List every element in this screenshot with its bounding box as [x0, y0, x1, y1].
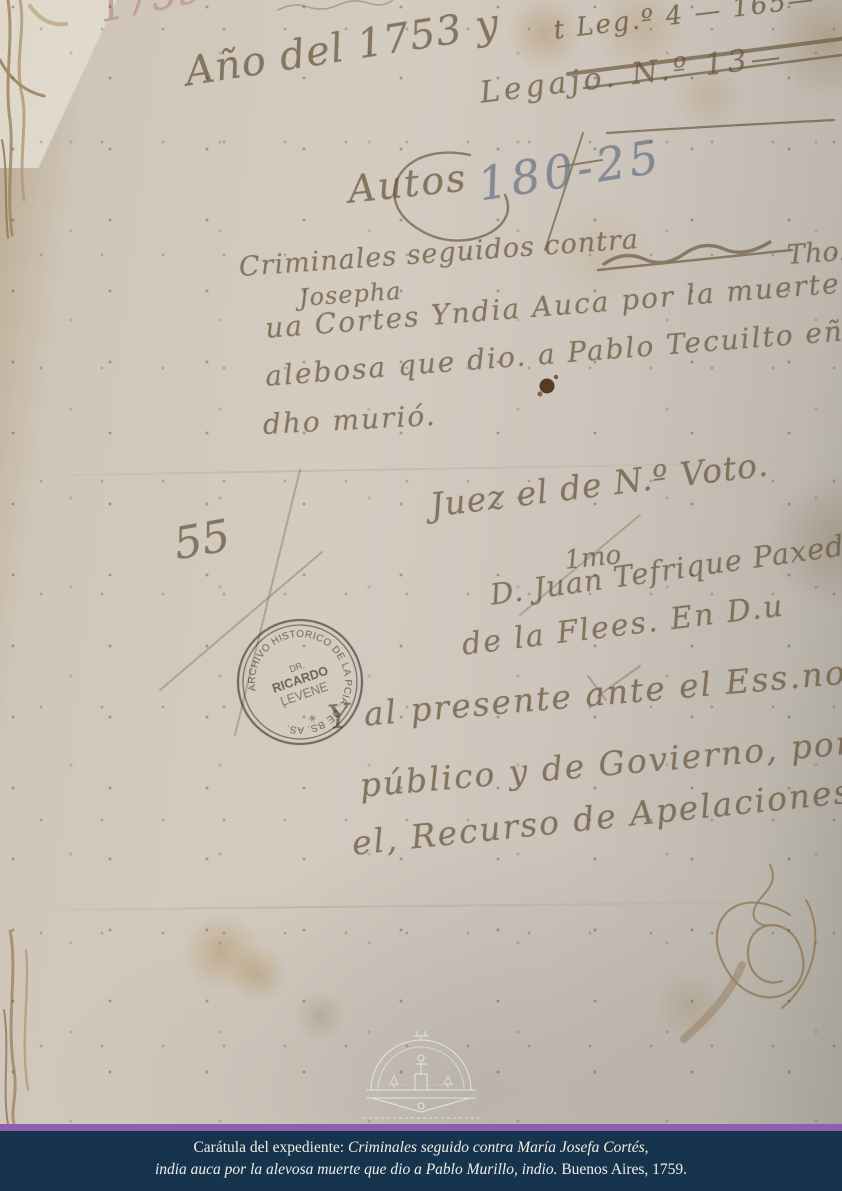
closing-text-line1: Y al presente ante el Ess.no: [326, 653, 842, 737]
file-number-pencil: 180-25: [474, 129, 666, 211]
caption-suffix: Buenos Aires, 1759.: [557, 1161, 687, 1178]
folio-number-55: 55: [170, 510, 234, 570]
photo-caption: Carátula del expediente: Criminales segu…: [0, 1137, 842, 1181]
folio-number-red: 1759: [93, 0, 208, 32]
judge-assignment-line: Juez el de N.º Voto.: [428, 444, 771, 524]
caption-bar: Carátula del expediente: Criminales segu…: [0, 1124, 842, 1191]
page-root: 1759 t Leg.º 4 — 165— Año del 1753 y Leg…: [0, 0, 842, 1191]
caption-italic-line2: india auca por la alevosa muerte que dio…: [155, 1161, 558, 1178]
case-title-line1-end: Tho.: [786, 236, 842, 271]
legajo-number: Legajo. N.º 13—: [478, 39, 786, 111]
manuscript-photo: 1759 t Leg.º 4 — 165— Año del 1753 y Leg…: [0, 0, 842, 1124]
paper-crease: [0, 901, 842, 912]
scribe-signature-line1: D. Juan Tefrique Paxedes: [488, 524, 842, 612]
case-title-line4: dho murió.: [262, 399, 437, 441]
rubric-flourish: [684, 865, 815, 1039]
ink-blot: [537, 375, 558, 397]
archive-stamp: ARCHIVO HISTORICO DE LA PCIA. DE BS. AS.…: [206, 588, 394, 776]
year-heading: Año del 1753 y: [182, 0, 503, 95]
dome-monument-watermark-icon: [360, 1028, 482, 1124]
caption-prefix: Carátula del expediente:: [193, 1139, 348, 1156]
purple-divider: [0, 1124, 842, 1131]
autos-heading: Autos: [346, 156, 470, 212]
case-title-line1: Criminales seguidos contra: [238, 224, 640, 283]
caption-italic-line1: Criminales seguido contra María Josefa C…: [348, 1139, 649, 1156]
book-binding-edge: [0, 0, 96, 1124]
